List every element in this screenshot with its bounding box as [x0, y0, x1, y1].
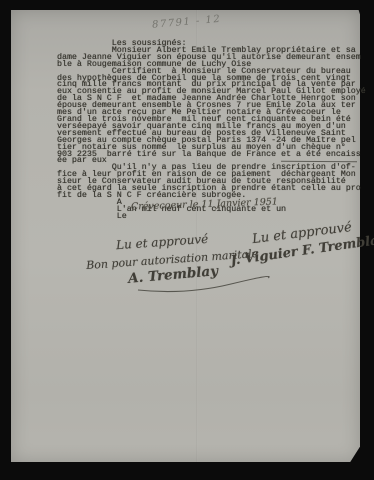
typed-body-text: Les soussignés: Monsieur Albert Emile Tr…: [57, 41, 366, 221]
scanned-document-page: 87791 - 12 Les soussignés: Monsieur Albe…: [0, 0, 374, 480]
